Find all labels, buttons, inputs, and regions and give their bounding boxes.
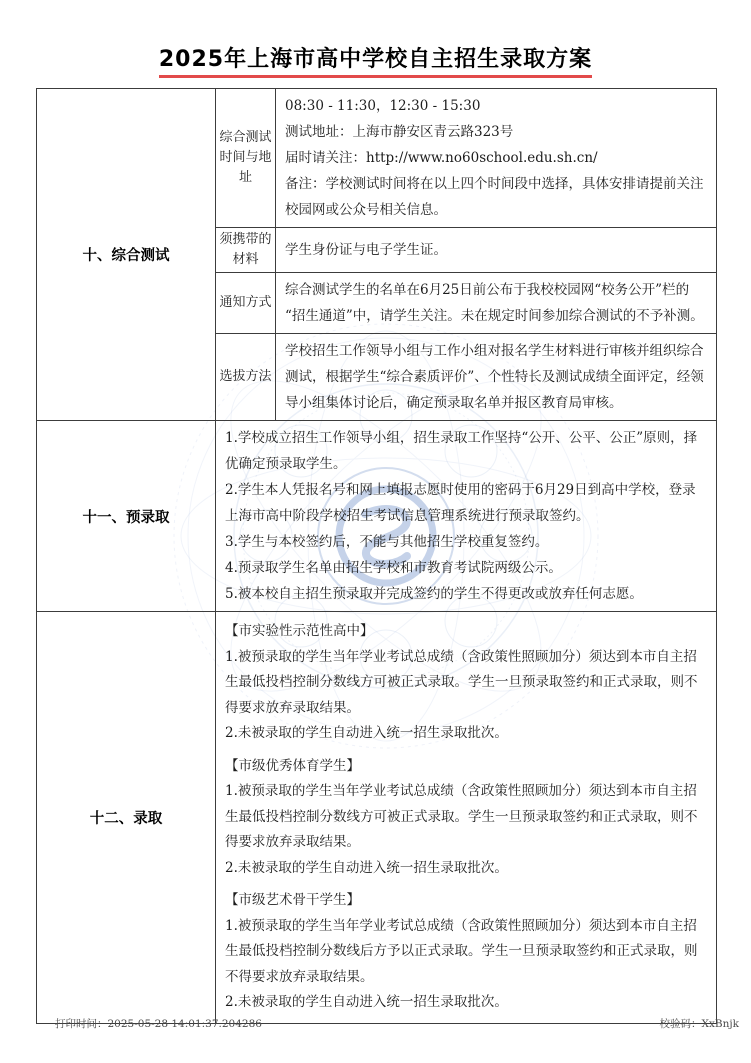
list-item: 1.被预录取的学生当年学业考试总成绩（含政策性照顾加分）须达到本市自主招生最低投… xyxy=(225,779,707,856)
page-title-text: 2025年上海市高中学校自主招生录取方案 xyxy=(159,42,592,78)
section-label-admission: 十二、录取 xyxy=(37,612,216,1024)
section-label-comprehensive-test: 十、综合测试 xyxy=(37,89,216,421)
cell-preadmission: 1.学校成立招生工作领导小组，招生录取工作坚持“公开、公平、公正”原则，择优确定… xyxy=(216,421,717,612)
row-header-selection-method: 选拔方法 xyxy=(216,334,276,421)
table-row-test-time-address: 十、综合测试 综合测试时间与地址 08:30 - 11:30，12:30 - 1… xyxy=(37,89,717,228)
content-line: 备注：学校测试时间将在以上四个时间段中选择，具体安排请提前关注校园网或公众号相关… xyxy=(285,171,707,223)
content-line: 08:30 - 11:30，12:30 - 15:30 xyxy=(285,93,707,119)
section-label-preadmission: 十一、预录取 xyxy=(37,421,216,612)
block-heading: 【市实验性示范性高中】 xyxy=(225,619,707,645)
admission-block-sports-students: 【市级优秀体育学生】 1.被预录取的学生当年学业考试总成绩（含政策性照顾加分）须… xyxy=(225,754,707,882)
list-item: 2.未被录取的学生自动进入统一招生录取批次。 xyxy=(225,990,707,1016)
list-item: 2.学生本人凭报名号和网上填报志愿时使用的密码于6月29日到高中学校，登录上海市… xyxy=(225,477,707,529)
table-row-preadmission: 十一、预录取 1.学校成立招生工作领导小组，招生录取工作坚持“公开、公平、公正”… xyxy=(37,421,717,612)
content-line: 综合测试学生的名单在6月25日前公布于我校校园网“校务公开”栏的“招生通道”中，… xyxy=(285,277,707,329)
row-header-notification: 通知方式 xyxy=(216,273,276,334)
row-header-test-time-address: 综合测试时间与地址 xyxy=(216,89,276,228)
content-line-url: 届时请关注：http://www.no60school.edu.sh.cn/ xyxy=(285,145,707,171)
cell-notification: 综合测试学生的名单在6月25日前公布于我校校园网“校务公开”栏的“招生通道”中，… xyxy=(276,273,717,334)
list-item: 2.未被录取的学生自动进入统一招生录取批次。 xyxy=(225,856,707,882)
content-line: 测试地址：上海市静安区青云路323号 xyxy=(285,119,707,145)
list-item: 1.被预录取的学生当年学业考试总成绩（含政策性照顾加分）须达到本市自主招生最低投… xyxy=(225,914,707,991)
cell-selection-method: 学校招生工作领导小组与工作小组对报名学生材料进行审核并组织综合测试，根据学生“综… xyxy=(276,334,717,421)
table-row-admission: 十二、录取 【市实验性示范性高中】 1.被预录取的学生当年学业考试总成绩（含政策… xyxy=(37,612,717,1024)
admission-plan-table: 十、综合测试 综合测试时间与地址 08:30 - 11:30，12:30 - 1… xyxy=(36,88,717,1024)
cell-test-time-address: 08:30 - 11:30，12:30 - 15:30 测试地址：上海市静安区青… xyxy=(276,89,717,228)
page-title: 2025年上海市高中学校自主招生录取方案 xyxy=(0,42,751,78)
content-line: 学校招生工作领导小组与工作小组对报名学生材料进行审核并组织综合测试，根据学生“综… xyxy=(285,338,707,416)
checksum-text: 校验码：XxBnjk xyxy=(660,1016,740,1031)
document-page: 2025年上海市高中学校自主招生录取方案 十、综合测试 综合测试时间与地址 08… xyxy=(0,0,751,1063)
block-heading: 【市级优秀体育学生】 xyxy=(225,754,707,780)
cell-materials: 学生身份证与电子学生证。 xyxy=(276,228,717,273)
content-line: 学生身份证与电子学生证。 xyxy=(285,237,707,263)
admission-block-demonstration-high: 【市实验性示范性高中】 1.被预录取的学生当年学业考试总成绩（含政策性照顾加分）… xyxy=(225,619,707,747)
list-item: 4.预录取学生名单由招生学校和市教育考试院两级公示。 xyxy=(225,555,707,581)
print-footer: 打印时间：2025-05-28 14:01:37.204286 校验码：XxBn… xyxy=(0,1016,751,1031)
list-item: 2.未被录取的学生自动进入统一招生录取批次。 xyxy=(225,721,707,747)
block-heading: 【市级艺术骨干学生】 xyxy=(225,888,707,914)
cell-admission: 【市实验性示范性高中】 1.被预录取的学生当年学业考试总成绩（含政策性照顾加分）… xyxy=(216,612,717,1024)
list-item: 1.学校成立招生工作领导小组，招生录取工作坚持“公开、公平、公正”原则，择优确定… xyxy=(225,425,707,477)
list-item: 5.被本校自主招生预录取并完成签约的学生不得更改或放弃任何志愿。 xyxy=(225,581,707,607)
row-header-materials: 须携带的材料 xyxy=(216,228,276,273)
print-time-text: 打印时间：2025-05-28 14:01:37.204286 xyxy=(55,1016,262,1031)
list-item: 3.学生与本校签约后，不能与其他招生学校重复签约。 xyxy=(225,529,707,555)
list-item: 1.被预录取的学生当年学业考试总成绩（含政策性照顾加分）须达到本市自主招生最低投… xyxy=(225,645,707,722)
admission-block-art-students: 【市级艺术骨干学生】 1.被预录取的学生当年学业考试总成绩（含政策性照顾加分）须… xyxy=(225,888,707,1016)
